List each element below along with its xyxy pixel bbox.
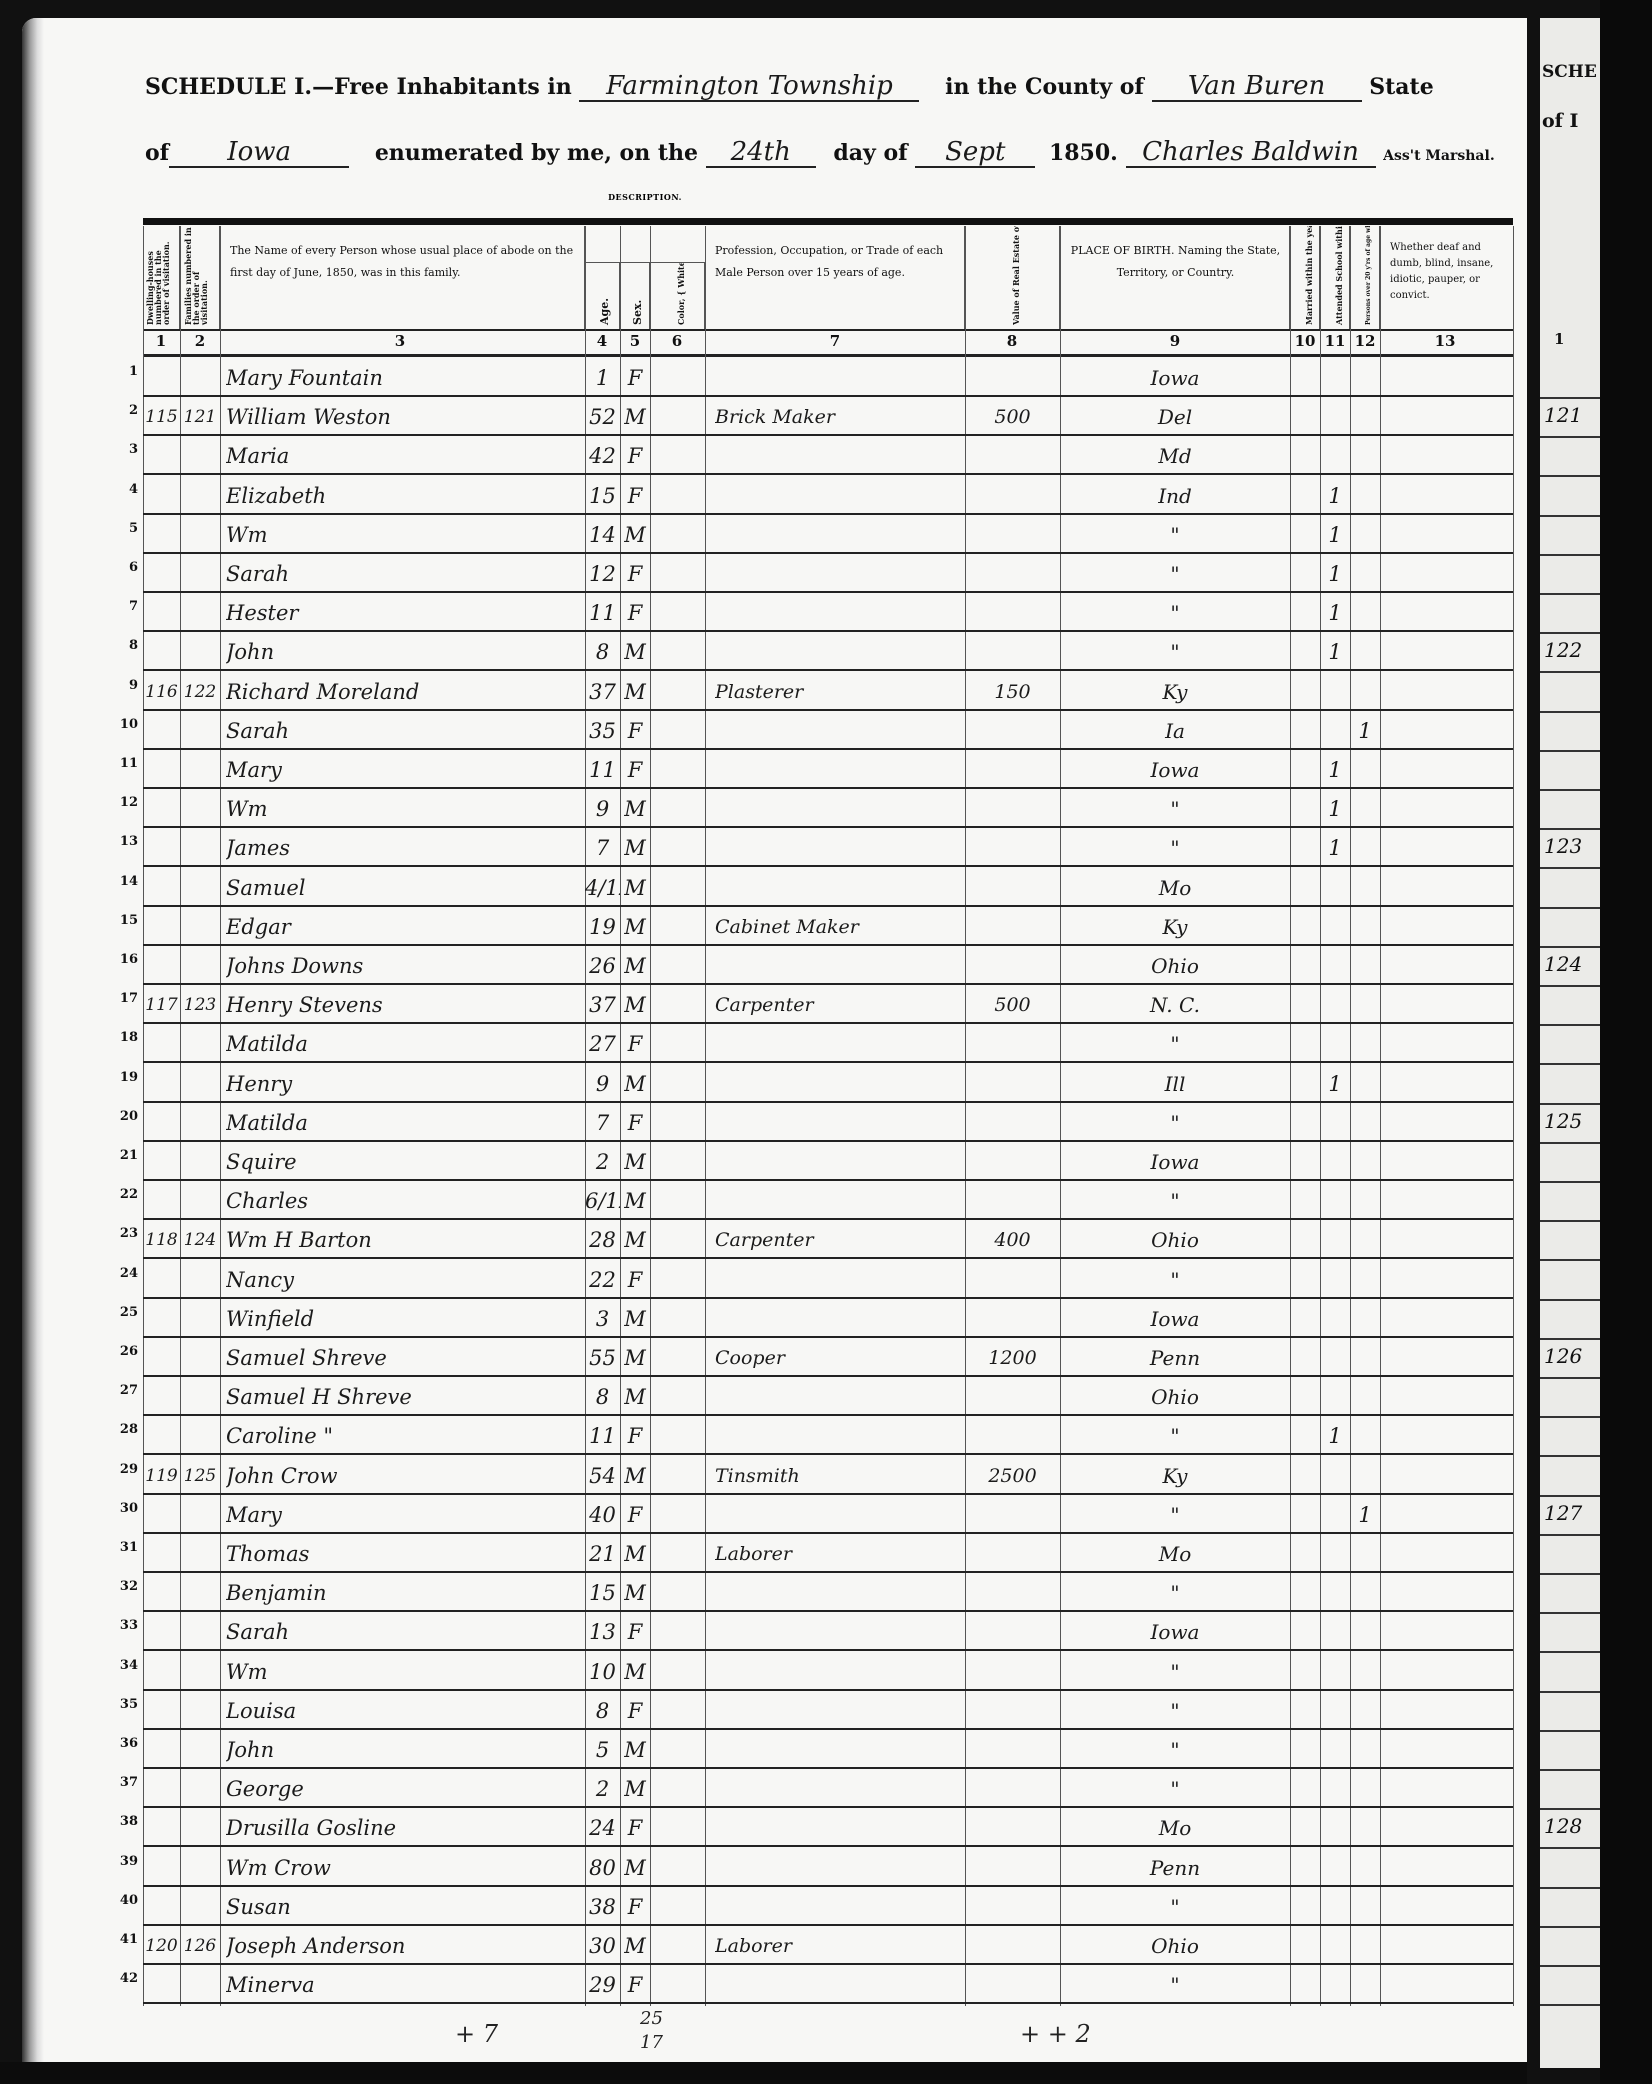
cell-age: 24 [585,1810,620,1846]
cell-family [180,634,220,670]
cell-occupation [715,1810,960,1846]
cell-birthplace: Ind [1060,478,1290,514]
cell-sex: F [620,1889,650,1925]
cell-age: 40 [585,1497,620,1533]
cell-school [1320,1144,1350,1180]
cell-deaf [1380,674,1510,710]
cell-dwelling [143,1536,180,1572]
line-number: 9 [108,678,138,693]
cell-family [180,1497,220,1533]
cell-sex: F [620,1026,650,1062]
cell-school [1320,1614,1350,1650]
cell-school [1320,1928,1350,1964]
schedule-title-line: SCHEDULE I.—Free Inhabitants in Farmingt… [145,72,1434,102]
cell-value [965,870,1060,906]
cell-school [1320,674,1350,710]
adjacent-row [1540,1573,1600,1614]
cell-dwelling: 116 [143,674,180,710]
line-number: 40 [108,1893,138,1908]
cell-married [1290,478,1320,514]
adjacent-row [1540,1848,1600,1889]
enumeration-title-line: ofIowa enumerated by me, on the 24th day… [145,138,1495,168]
cell-age: 80 [585,1850,620,1886]
cell-deaf [1380,360,1510,396]
cell-cannot-read [1350,1340,1380,1376]
month-field: Sept [915,138,1035,168]
adjacent-row [1540,358,1600,399]
cell-occupation [715,1262,960,1298]
adjacent-row [1540,1965,1600,2006]
cell-age: 8 [585,634,620,670]
cell-name: Joseph Anderson [226,1928,581,1964]
cell-cannot-read [1350,1614,1380,1650]
cell-sex: F [620,1614,650,1650]
cell-family [180,556,220,592]
cell-age: 2 [585,1144,620,1180]
adjacent-row [1540,1691,1600,1732]
column-number-2: 2 [185,332,215,350]
cell-family [180,360,220,396]
cell-occupation [715,1497,960,1533]
cell-dwelling [143,438,180,474]
cell-value [965,478,1060,514]
cell-family [180,909,220,945]
cell-cannot-read [1350,1066,1380,1102]
table-row: 4Elizabeth15FInd1 [0,476,1652,515]
line-number: 20 [108,1109,138,1124]
adjacent-row: 123 [1540,828,1600,869]
cell-occupation [715,1850,960,1886]
line-number: 8 [108,638,138,653]
cell-cannot-read [1350,1144,1380,1180]
cell-cannot-read [1350,1536,1380,1572]
cell-occupation: Laborer [715,1928,960,1964]
line-number: 38 [108,1814,138,1829]
table-row: 26Samuel Shreve55MCooper1200Penn [0,1338,1652,1377]
column-number-11: 11 [1320,332,1350,350]
cell-sex: M [620,1301,650,1337]
adjacent-dwelling-number: 123 [1544,834,1582,858]
cell-deaf [1380,1340,1510,1376]
cell-married [1290,517,1320,553]
adjacent-row [1540,1534,1600,1575]
cell-color [650,595,705,631]
col7-header: Profession, Occupation, or Trade of each… [705,226,965,329]
cell-occupation [715,948,960,984]
line-number: 4 [108,482,138,497]
col3-header: The Name of every Person whose usual pla… [220,226,585,329]
cell-dwelling [143,556,180,592]
line-number: 41 [108,1932,138,1947]
cell-cannot-read [1350,1693,1380,1729]
cell-school: 1 [1320,556,1350,592]
cell-deaf [1380,517,1510,553]
cell-school [1320,1654,1350,1690]
column-number-8: 8 [997,332,1027,350]
cell-name: Samuel H Shreve [226,1379,581,1415]
cell-sex: M [620,1732,650,1768]
cell-sex: M [620,1928,650,1964]
cell-color [650,1183,705,1219]
cell-deaf [1380,791,1510,827]
cell-value [965,1497,1060,1533]
cell-family [180,1850,220,1886]
cell-color [650,1967,705,2003]
table-row: 8John8M"1 [0,632,1652,671]
cell-dwelling: 118 [143,1222,180,1258]
cell-color [650,1575,705,1611]
cell-school [1320,1771,1350,1807]
cell-married [1290,1222,1320,1258]
line-number: 1 [108,364,138,379]
cell-dwelling [143,1026,180,1062]
table-row: 41120126Joseph Anderson30MLaborerOhio [0,1926,1652,1965]
cell-family [180,1301,220,1337]
cell-married [1290,1497,1320,1533]
adjacent-row [1540,1769,1600,1810]
state-label: State [1369,74,1433,100]
cell-birthplace: " [1060,517,1290,553]
cell-married [1290,830,1320,866]
adjacent-row [1540,554,1600,595]
adjacent-row [1540,515,1600,556]
line-number: 28 [108,1422,138,1437]
cell-color [650,1889,705,1925]
row-rule [143,2002,1513,2004]
cell-sex: M [620,517,650,553]
line-number: 5 [108,521,138,536]
cell-married [1290,360,1320,396]
cell-cannot-read [1350,909,1380,945]
cell-occupation [715,752,960,788]
adjacent-row [1540,1730,1600,1771]
cell-school: 1 [1320,634,1350,670]
cell-deaf [1380,1144,1510,1180]
adjacent-row [1540,1887,1600,1928]
cell-dwelling: 120 [143,1928,180,1964]
cell-dwelling [143,1614,180,1650]
cell-name: George [226,1771,581,1807]
cell-dwelling [143,1066,180,1102]
cell-deaf [1380,1105,1510,1141]
cell-family [180,1066,220,1102]
cell-color [650,1379,705,1415]
cell-married [1290,791,1320,827]
table-row: 18Matilda27F" [0,1024,1652,1063]
cell-sex: F [620,478,650,514]
cell-cannot-read [1350,674,1380,710]
adjacent-row [1540,1456,1600,1497]
cell-value [965,1262,1060,1298]
table-row: 32Benjamin15M" [0,1573,1652,1612]
cell-family [180,1967,220,2003]
table-row: 15Edgar19MCabinet MakerKy [0,907,1652,946]
cell-deaf [1380,1967,1510,2003]
cell-married [1290,1301,1320,1337]
cell-sex: F [620,1262,650,1298]
right-edge-shadow [1600,0,1652,2084]
cell-school [1320,987,1350,1023]
cell-sex: M [620,987,650,1023]
cell-dwelling [143,1575,180,1611]
cell-name: Drusilla Gosline [226,1810,581,1846]
cell-cannot-read [1350,987,1380,1023]
cell-family [180,948,220,984]
cell-birthplace: Iowa [1060,1301,1290,1337]
cell-name: Richard Moreland [226,674,581,710]
cell-family [180,830,220,866]
tally-age-total: 25 [640,2008,663,2029]
cell-deaf [1380,1693,1510,1729]
cell-name: Squire [226,1144,581,1180]
cell-name: Henry Stevens [226,987,581,1023]
cell-deaf [1380,909,1510,945]
cell-occupation [715,595,960,631]
cell-name: Louisa [226,1693,581,1729]
cell-occupation [715,1105,960,1141]
cell-age: 10 [585,1654,620,1690]
line-number: 3 [108,442,138,457]
cell-color [650,1144,705,1180]
adjacent-row-rule [1540,2004,1600,2006]
cell-name: Winfield [226,1301,581,1337]
cell-value: 150 [965,674,1060,710]
cell-dwelling [143,1144,180,1180]
cell-age: 19 [585,909,620,945]
cell-school [1320,1850,1350,1886]
table-row: 14Samuel4/12MMo [0,868,1652,907]
cell-cannot-read [1350,1850,1380,1886]
cell-school [1320,948,1350,984]
cell-cannot-read [1350,517,1380,553]
line-number: 30 [108,1501,138,1516]
cell-cannot-read [1350,752,1380,788]
cell-name: Johns Downs [226,948,581,984]
cell-occupation [715,830,960,866]
table-row: 10Sarah35FIa1 [0,711,1652,750]
cell-color [650,752,705,788]
cell-family [180,1693,220,1729]
cell-birthplace: " [1060,791,1290,827]
cell-school [1320,1379,1350,1415]
cell-name: Wm [226,791,581,827]
cell-dwelling [143,1497,180,1533]
table-row: 16Johns Downs26MOhio [0,946,1652,985]
cell-deaf [1380,1575,1510,1611]
col11-header: Attended School within the year. [1320,226,1350,329]
cell-family [180,870,220,906]
of-label: of [145,140,169,166]
adjacent-row [1540,1064,1600,1105]
cell-married [1290,987,1320,1023]
column-number-4: 4 [587,332,617,350]
line-number: 29 [108,1462,138,1477]
cell-birthplace: " [1060,1967,1290,2003]
cell-dwelling [143,634,180,670]
cell-cannot-read [1350,360,1380,396]
cell-value [965,1810,1060,1846]
cell-school [1320,1732,1350,1768]
cell-age: 28 [585,1222,620,1258]
cell-cannot-read [1350,1379,1380,1415]
adjacent-dwelling-number: 126 [1544,1344,1582,1368]
cell-value [965,1771,1060,1807]
col5-header: Sex. [620,262,650,329]
cell-family: 121 [180,399,220,435]
cell-married [1290,713,1320,749]
cell-age: 8 [585,1379,620,1415]
cell-value [965,713,1060,749]
cell-dwelling [143,791,180,827]
cell-deaf [1380,1458,1510,1494]
cell-occupation [715,1732,960,1768]
cell-cannot-read [1350,1026,1380,1062]
line-number: 33 [108,1618,138,1633]
cell-school [1320,909,1350,945]
cell-birthplace: " [1060,1654,1290,1690]
cell-married [1290,1928,1320,1964]
cell-family [180,791,220,827]
cell-birthplace: Del [1060,399,1290,435]
cell-value [965,1889,1060,1925]
cell-cannot-read [1350,556,1380,592]
cell-occupation [715,870,960,906]
cell-married [1290,870,1320,906]
cell-color [650,399,705,435]
cell-occupation [715,634,960,670]
cell-name: Benjamin [226,1575,581,1611]
table-row: 36John5M" [0,1730,1652,1769]
cell-deaf [1380,1732,1510,1768]
cell-birthplace: " [1060,830,1290,866]
cell-sex: M [620,1379,650,1415]
cell-value [965,1614,1060,1650]
cell-occupation [715,556,960,592]
cell-occupation: Carpenter [715,1222,960,1258]
table-row: 33Sarah13FIowa [0,1612,1652,1651]
cell-age: 26 [585,948,620,984]
table-row: 24Nancy22F" [0,1260,1652,1299]
col6-header: Color, { White, black, or mulatto. [650,262,705,329]
cell-age: 21 [585,1536,620,1572]
cell-value: 500 [965,399,1060,435]
cell-deaf [1380,1850,1510,1886]
adjacent-row [1540,672,1600,713]
line-number: 19 [108,1070,138,1085]
cell-birthplace: Iowa [1060,1614,1290,1650]
cell-family: 126 [180,1928,220,1964]
cell-school [1320,1301,1350,1337]
cell-occupation: Cabinet Maker [715,909,960,945]
cell-value [965,1418,1060,1454]
cell-deaf [1380,830,1510,866]
cell-family [180,595,220,631]
cell-sex: M [620,1850,650,1886]
cell-color [650,870,705,906]
line-number: 12 [108,795,138,810]
cell-age: 3 [585,1301,620,1337]
cell-married [1290,1262,1320,1298]
cell-occupation [715,1183,960,1219]
adjacent-row [1540,1416,1600,1457]
cell-age: 7 [585,830,620,866]
cell-birthplace: Ky [1060,1458,1290,1494]
cell-sex: F [620,595,650,631]
cell-married [1290,1693,1320,1729]
table-row: 17117123Henry Stevens37MCarpenter500N. C… [0,985,1652,1024]
cell-color [650,1693,705,1729]
cell-name: Wm [226,1654,581,1690]
cell-deaf [1380,1771,1510,1807]
cell-birthplace: Iowa [1060,752,1290,788]
bottom-shadow [0,2062,1652,2084]
adjacent-dwelling-number: 122 [1544,638,1582,662]
cell-sex: F [620,1810,650,1846]
cell-color [650,1614,705,1650]
cell-school: 1 [1320,478,1350,514]
cell-family [180,1144,220,1180]
cell-birthplace: Ohio [1060,1379,1290,1415]
cell-dwelling [143,1810,180,1846]
table-row: 34Wm10M" [0,1652,1652,1691]
adjacent-row [1540,985,1600,1026]
cell-name: John [226,1732,581,1768]
cell-family [180,1105,220,1141]
cell-sex: M [620,1575,650,1611]
cell-color [650,1026,705,1062]
cell-family: 125 [180,1458,220,1494]
cell-school [1320,1458,1350,1494]
cell-family [180,713,220,749]
table-row: 9116122Richard Moreland37MPlasterer150Ky [0,672,1652,711]
cell-dwelling [143,1654,180,1690]
cell-name: Sarah [226,1614,581,1650]
cell-name: Caroline " [226,1418,581,1454]
cell-birthplace: " [1060,1575,1290,1611]
cell-cannot-read [1350,1458,1380,1494]
cell-birthplace: Ohio [1060,1222,1290,1258]
cell-sex: M [620,1183,650,1219]
col1-header: Dwelling-houses numbered in the order of… [143,226,180,329]
cell-color [650,1771,705,1807]
cell-color [650,713,705,749]
cell-color [650,1850,705,1886]
table-row: 1Mary Fountain1FIowa [0,358,1652,397]
adjacent-row [1540,789,1600,830]
cell-sex: M [620,948,650,984]
cell-value [965,1536,1060,1572]
column-number-row: 12345678910111213 [0,330,1652,356]
cell-cannot-read [1350,791,1380,827]
column-number-3: 3 [385,332,415,350]
cell-married [1290,1850,1320,1886]
adjacent-row [1540,593,1600,634]
cell-school [1320,1889,1350,1925]
adjacent-row [1540,476,1600,517]
table-row: 40Susan38F" [0,1887,1652,1926]
line-number: 7 [108,599,138,614]
cell-color [650,634,705,670]
cell-color [650,1654,705,1690]
cell-married [1290,752,1320,788]
cell-deaf [1380,1614,1510,1650]
line-number: 26 [108,1344,138,1359]
cell-dwelling: 117 [143,987,180,1023]
table-row: 13James7M"1 [0,828,1652,867]
cell-birthplace: " [1060,1105,1290,1141]
column-number-rule [143,354,1513,357]
cell-value: 500 [965,987,1060,1023]
